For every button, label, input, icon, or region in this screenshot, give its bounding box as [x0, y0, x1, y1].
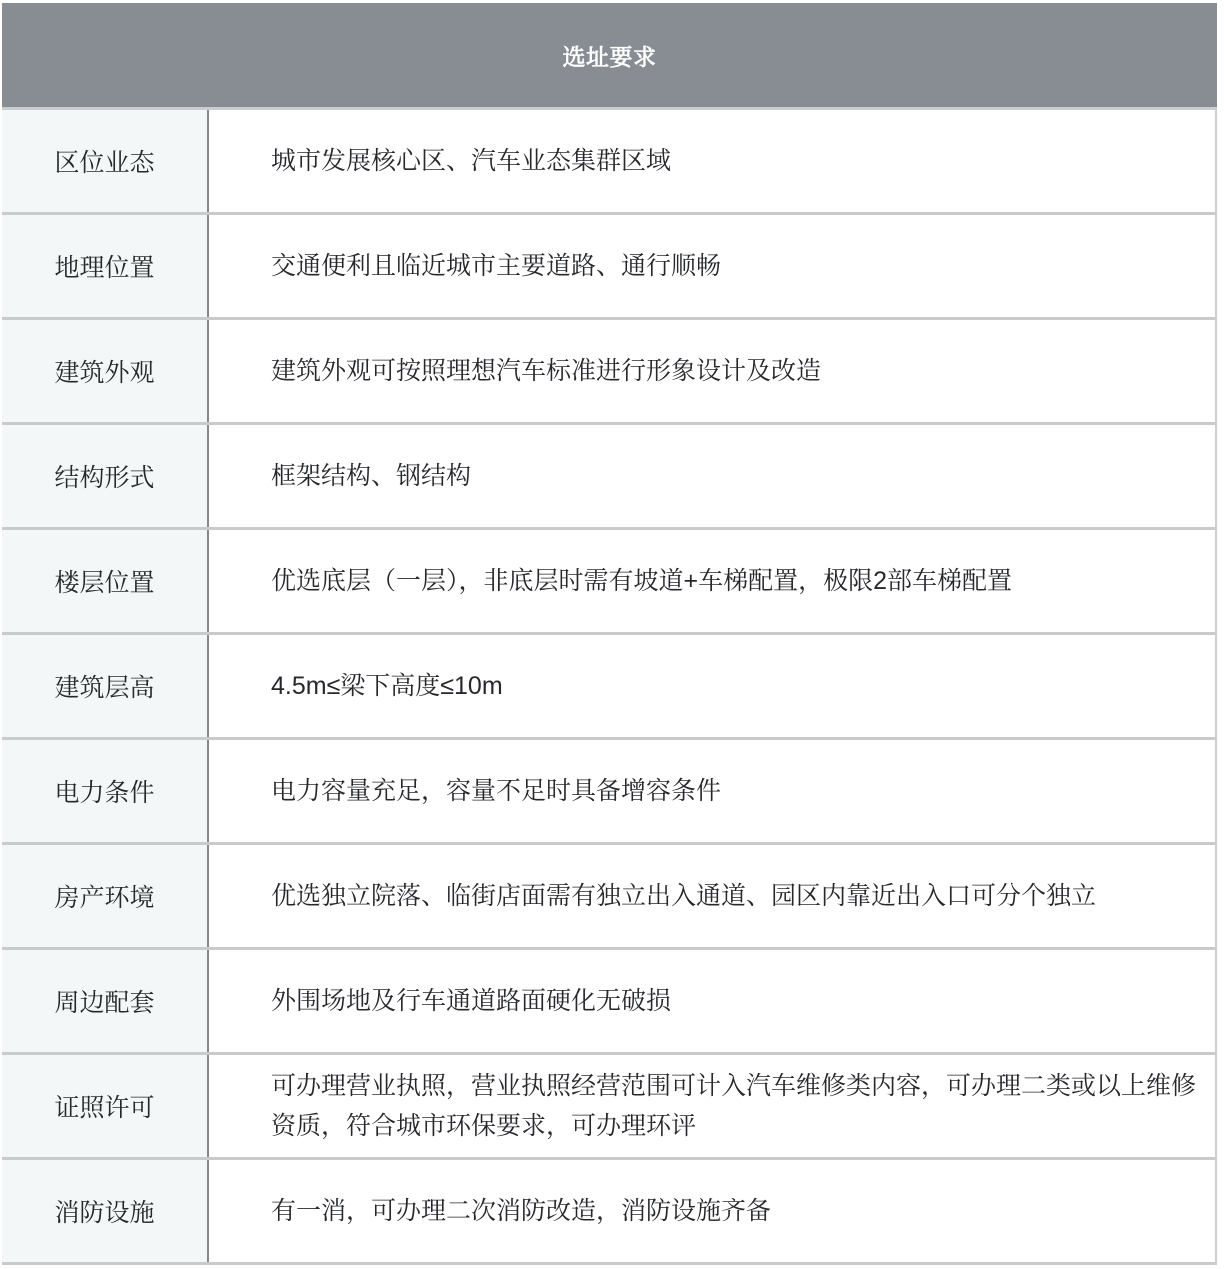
table-row-power-conditions: 电力条件 电力容量充足，容量不足时具备增容条件	[2, 740, 1215, 845]
table-row-building-facade: 建筑外观 建筑外观可按照理想汽车标准进行形象设计及改造	[2, 320, 1215, 425]
table-row-floor-position: 楼层位置 优选底层（一层），非底层时需有坡道+车梯配置，极限2部车梯配置	[2, 530, 1215, 635]
row-label: 消防设施	[2, 1160, 209, 1262]
row-label: 区位业态	[2, 110, 209, 212]
row-content: 4.5m≤梁下高度≤10m	[209, 635, 1215, 737]
row-content: 交通便利且临近城市主要道路、通行顺畅	[209, 215, 1215, 317]
table-row-property-environment: 房产环境 优选独立院落、临街店面需有独立出入通道、园区内靠近出入口可分个独立	[2, 845, 1215, 950]
row-label: 建筑外观	[2, 320, 209, 422]
row-content: 电力容量充足，容量不足时具备增容条件	[209, 740, 1215, 842]
table-row-surrounding-facilities: 周边配套 外围场地及行车通道路面硬化无破损	[2, 950, 1215, 1055]
row-content: 外围场地及行车通道路面硬化无破损	[209, 950, 1215, 1052]
table-header: 选址要求	[2, 3, 1217, 110]
row-label: 建筑层高	[2, 635, 209, 737]
site-requirements-table: 选址要求 区位业态 城市发展核心区、汽车业态集群区域 地理位置 交通便利且临近城…	[2, 3, 1217, 1265]
table-row-structure-type: 结构形式 框架结构、钢结构	[2, 425, 1215, 530]
row-label: 周边配套	[2, 950, 209, 1052]
row-content: 有一消，可办理二次消防改造，消防设施齐备	[209, 1160, 1215, 1262]
row-label: 电力条件	[2, 740, 209, 842]
row-content: 优选独立院落、临街店面需有独立出入通道、园区内靠近出入口可分个独立	[209, 845, 1215, 947]
table-body: 区位业态 城市发展核心区、汽车业态集群区域 地理位置 交通便利且临近城市主要道路…	[2, 110, 1217, 1265]
row-label: 房产环境	[2, 845, 209, 947]
table-title: 选址要求	[563, 39, 657, 72]
table-row-geographic-position: 地理位置 交通便利且临近城市主要道路、通行顺畅	[2, 215, 1215, 320]
page: 选址要求 区位业态 城市发展核心区、汽车业态集群区域 地理位置 交通便利且临近城…	[0, 0, 1224, 1269]
table-row-licenses-permits: 证照许可 可办理营业执照，营业执照经营范围可计入汽车维修类内容，可办理二类或以上…	[2, 1055, 1215, 1160]
table-row-location-business: 区位业态 城市发展核心区、汽车业态集群区域	[2, 110, 1215, 215]
row-label: 结构形式	[2, 425, 209, 527]
row-content: 建筑外观可按照理想汽车标准进行形象设计及改造	[209, 320, 1215, 422]
table-row-floor-height: 建筑层高 4.5m≤梁下高度≤10m	[2, 635, 1215, 740]
row-label: 证照许可	[2, 1055, 209, 1157]
table-row-fire-facilities: 消防设施 有一消，可办理二次消防改造，消防设施齐备	[2, 1160, 1215, 1265]
row-content: 优选底层（一层），非底层时需有坡道+车梯配置，极限2部车梯配置	[209, 530, 1215, 632]
row-content: 可办理营业执照，营业执照经营范围可计入汽车维修类内容，可办理二类或以上维修资质，…	[209, 1055, 1215, 1157]
row-label: 地理位置	[2, 215, 209, 317]
row-label: 楼层位置	[2, 530, 209, 632]
row-content: 框架结构、钢结构	[209, 425, 1215, 527]
row-content: 城市发展核心区、汽车业态集群区域	[209, 110, 1215, 212]
